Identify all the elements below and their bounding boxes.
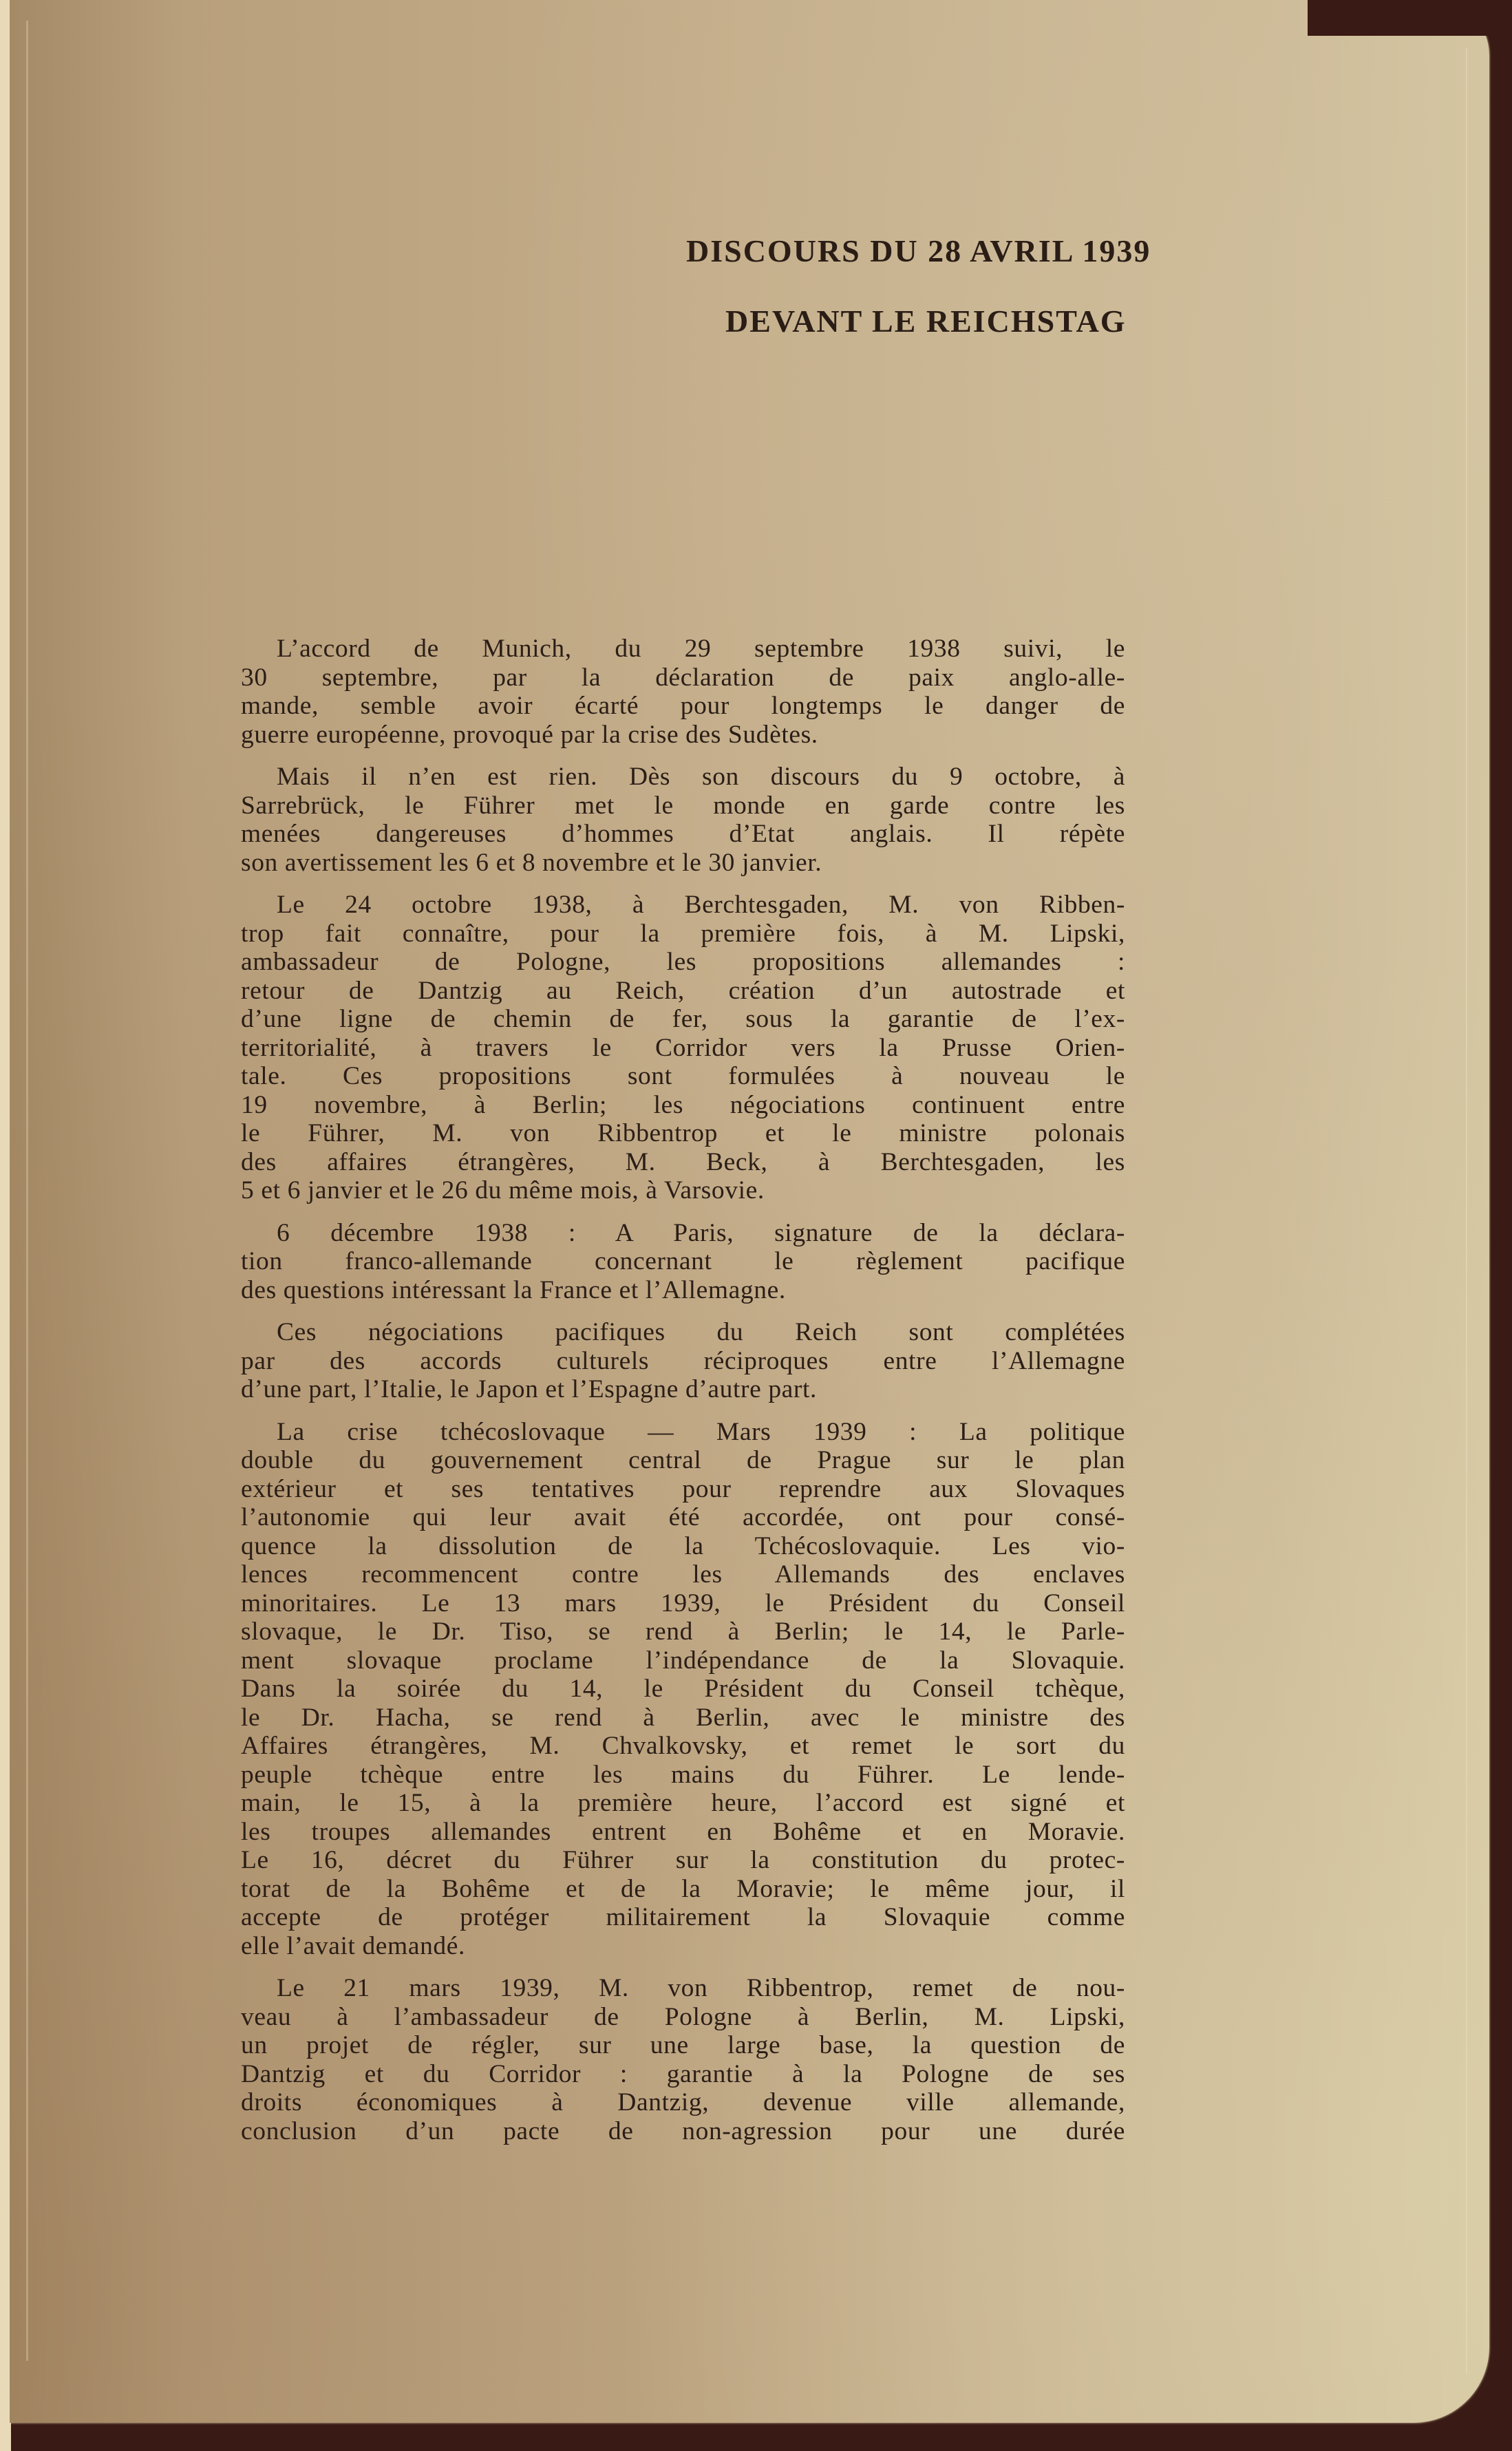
text-line: par des accords culturels réciproques en… xyxy=(241,1347,1125,1376)
text-line: d’une part, l’Italie, le Japon et l’Espa… xyxy=(241,1375,1125,1404)
text-line: 5 et 6 janvier et le 26 du même mois, à … xyxy=(241,1176,1125,1205)
text-line: retour de Dantzig au Reich, création d’u… xyxy=(241,977,1125,1006)
text-line: guerre européenne, provoqué par la crise… xyxy=(241,721,1125,750)
paragraph: Ces négociations pacifiques du Reich son… xyxy=(241,1318,1125,1404)
text-line: le Führer, M. von Ribbentrop et le minis… xyxy=(241,1119,1125,1148)
text-line: main, le 15, à la première heure, l’acco… xyxy=(241,1789,1125,1818)
text-line: 19 novembre, à Berlin; les négociations … xyxy=(241,1091,1125,1120)
text-line: tion franco-allemande concernant le règl… xyxy=(241,1247,1125,1276)
text-line: menées dangereuses d’hommes d’Etat angla… xyxy=(241,820,1125,849)
text-line: double du gouvernement central de Prague… xyxy=(241,1446,1125,1475)
text-line: extérieur et ses tentatives pour reprend… xyxy=(241,1475,1125,1504)
paragraph: 6 décembre 1938 : A Paris, signature de … xyxy=(241,1219,1125,1305)
text-line: peuple tchèque entre les mains du Führer… xyxy=(241,1761,1125,1790)
text-line: L’accord de Munich, du 29 septembre 1938… xyxy=(241,635,1125,664)
text-line: Mais il n’en est rien. Dès son discours … xyxy=(241,763,1125,792)
paragraph: Le 24 octobre 1938, à Berchtesgaden, M. … xyxy=(241,891,1125,1205)
text-line: Affaires étrangères, M. Chvalkovsky, et … xyxy=(241,1732,1125,1761)
text-line: ment slovaque proclame l’indépendance de… xyxy=(241,1646,1125,1675)
text-line: quence la dissolution de la Tchécoslovaq… xyxy=(241,1532,1125,1561)
text-line: des questions intéressant la France et l… xyxy=(241,1276,1125,1305)
body-text: L’accord de Munich, du 29 septembre 1938… xyxy=(241,635,1125,2159)
paragraph: Le 21 mars 1939, M. von Ribbentrop, reme… xyxy=(241,1974,1125,2145)
text-line: tale. Ces propositions sont formulées à … xyxy=(241,1062,1125,1091)
text-line: elle l’avait demandé. xyxy=(241,1932,1125,1961)
text-line: lences recommencent contre les Allemands… xyxy=(241,1560,1125,1589)
text-line: trop fait connaître, pour la première fo… xyxy=(241,920,1125,948)
text-line: le Dr. Hacha, se rend à Berlin, avec le … xyxy=(241,1704,1125,1732)
text-line: un projet de régler, sur une large base,… xyxy=(241,2031,1125,2060)
book-page: DISCOURS DU 28 AVRIL 1939 DEVANT LE REIC… xyxy=(10,0,1489,2423)
text-line: son avertissement les 6 et 8 novembre et… xyxy=(241,849,1125,878)
paragraph: La crise tchécoslovaque — Mars 1939 : La… xyxy=(241,1418,1125,1961)
text-line: les troupes allemandes entrent en Bohême… xyxy=(241,1818,1125,1847)
text-line: conclusion d’un pacte de non-agression p… xyxy=(241,2117,1125,2146)
text-line: La crise tchécoslovaque — Mars 1939 : La… xyxy=(241,1418,1125,1447)
text-line: d’une ligne de chemin de fer, sous la ga… xyxy=(241,1005,1125,1034)
text-line: Le 21 mars 1939, M. von Ribbentrop, reme… xyxy=(241,1974,1125,2003)
text-line: Dantzig et du Corridor : garantie à la P… xyxy=(241,2060,1125,2089)
paragraph: L’accord de Munich, du 29 septembre 1938… xyxy=(241,635,1125,749)
text-line: territorialité, à travers le Corridor ve… xyxy=(241,1034,1125,1063)
text-line: 6 décembre 1938 : A Paris, signature de … xyxy=(241,1219,1125,1248)
text-line: Ces négociations pacifiques du Reich son… xyxy=(241,1318,1125,1347)
text-line: 30 septembre, par la déclaration de paix… xyxy=(241,664,1125,692)
text-line: accepte de protéger militairement la Slo… xyxy=(241,1903,1125,1932)
text-line: Le 24 octobre 1938, à Berchtesgaden, M. … xyxy=(241,891,1125,920)
background-shadow xyxy=(1308,0,1512,36)
text-line: droits économiques à Dantzig, devenue vi… xyxy=(241,2088,1125,2117)
text-line: veau à l’ambassadeur de Pologne à Berlin… xyxy=(241,2003,1125,2032)
title-line-2: DEVANT LE REICHSTAG xyxy=(725,303,1127,339)
text-line: ambassadeur de Pologne, les propositions… xyxy=(241,948,1125,977)
text-line: Dans la soirée du 14, le Président du Co… xyxy=(241,1675,1125,1704)
text-line: l’autonomie qui leur avait été accordée,… xyxy=(241,1503,1125,1532)
text-line: slovaque, le Dr. Tiso, se rend à Berlin;… xyxy=(241,1617,1125,1646)
text-line: minoritaires. Le 13 mars 1939, le Présid… xyxy=(241,1589,1125,1618)
text-line: mande, semble avoir écarté pour longtemp… xyxy=(241,692,1125,721)
text-line: Le 16, décret du Führer sur la constitut… xyxy=(241,1846,1125,1875)
text-line: des affaires étrangères, M. Beck, à Berc… xyxy=(241,1148,1125,1177)
title-line-1: DISCOURS DU 28 AVRIL 1939 xyxy=(686,233,1151,269)
text-line: torat de la Bohême et de la Moravie; le … xyxy=(241,1875,1125,1904)
paragraph: Mais il n’en est rien. Dès son discours … xyxy=(241,763,1125,877)
text-line: Sarrebrück, le Führer met le monde en ga… xyxy=(241,792,1125,820)
